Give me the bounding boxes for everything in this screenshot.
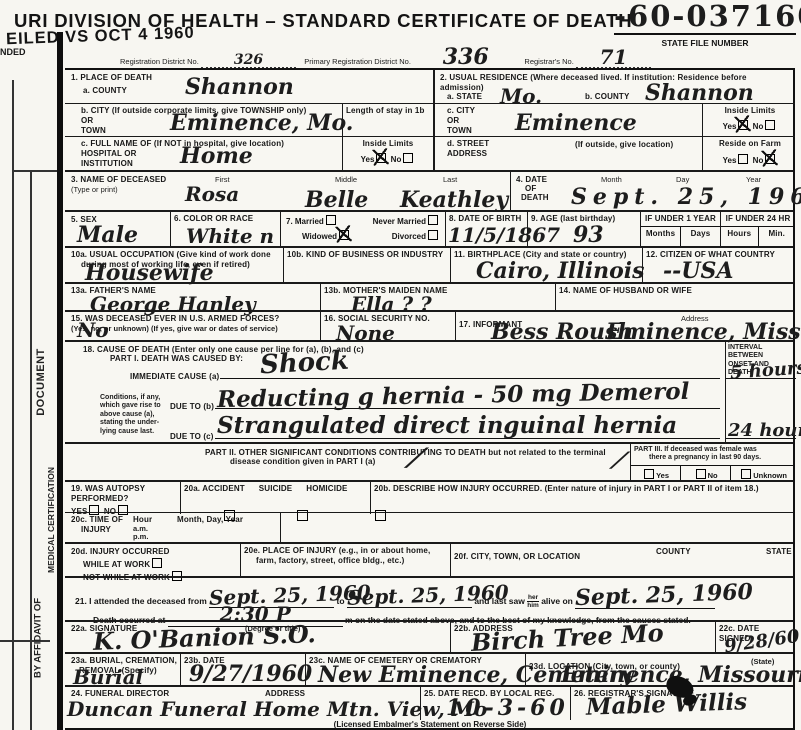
conditions-note-line: lying cause last. [100,428,170,436]
primary-registration-label: Primary Registration District No. [304,57,411,66]
amended-fragment: NDED [0,47,26,58]
row-autopsy-injury: 19. WAS AUTOPSY PERFORMED? YES NO 20a. A… [65,480,793,512]
day-label: Day [676,175,689,184]
autopsy-heading-1: 19. WAS AUTOPSY [71,484,145,494]
inside-limits-yes-checkbox [376,153,386,163]
residence-city-label: c. CITY [447,106,475,116]
row-time-of-injury: 20c. TIME OF INJURY Hour a.m. p.m. Month… [65,512,793,542]
no-label: No [753,122,764,131]
burial-date-value: 9/27/1960 [189,663,312,685]
inside-limits-cell-2: Inside Limits Yes No [702,104,797,137]
residence-or-label: OR [447,116,475,126]
never-married-label: Never Married [373,217,426,226]
hospital-row: c. FULL NAME OF (If NOT in hospital, giv… [65,136,433,170]
street-label: d. STREET [447,139,489,149]
interval-c-line [726,438,796,439]
citizen-value: --USA [663,260,733,282]
row-armed-forces: 15. WAS DECEASED EVER IN U.S. ARMED FORC… [65,310,793,340]
county-label: a. COUNTY [83,86,152,96]
row-sex-race-age: 5. SEX Male 6. COLOR OR RACE White n 7. … [65,210,793,246]
race-value: White n [186,226,274,246]
her-label: her [527,594,539,601]
interval-a-value: 5 hours [729,359,801,382]
address-label: ADDRESS [447,149,489,159]
margin-label-by-affidavit: BY AFFIDAVIT OF [33,598,44,678]
under-1-year-heading: IF UNDER 1 YEAR [641,212,720,224]
accident-label: 20a. ACCIDENT [184,484,245,494]
immediate-cause-value: Shock [259,348,349,379]
cemetery-location-cell: 23d. LOCATION (City, town, or county) (S… [525,654,795,687]
registrar-signature-cell: 26. REGISTRAR'S SIGNATURE Mable Willis [570,687,795,720]
date-received-value: 10-3-60 [446,697,569,719]
row-attended-statement: 21. I attended the deceased from Sept. 2… [65,576,793,620]
row-injury-place: 20d. INJURY OCCURRED WHILE AT WORK NOT W… [65,542,793,576]
attended-to-field: Sept. 25, 1960 [347,587,472,608]
due-to-c-label: DUE TO (c) [170,432,214,442]
hours-label: Hours [721,227,759,246]
injury-occurred-heading: 20d. INJURY OCCURRED [71,547,184,557]
inside-limits-label-1: Inside Limits [346,139,430,149]
primary-registration-value: 336 [413,46,518,70]
homicide-label: HOMICIDE [306,484,347,494]
mother-cell: 13b. MOTHER'S MAIDEN NAME Ella ? ? [320,284,555,312]
due-to-b-value: Reducting g hernia - 50 mg Demerol [217,380,690,411]
name-sub: (Type or print) [71,185,166,194]
place-of-death-section: 1. PLACE OF DEATH a. COUNTY [71,73,152,96]
married-checkbox [326,215,336,225]
date-of-death-h3: DEATH [521,193,549,203]
farm-no-checkbox [765,154,775,164]
time-of-injury-heading-1: 20c. TIME OF [71,515,123,525]
margin-hline-top [12,170,57,172]
under-1-year-cols: Months Days [641,226,720,246]
ssn-cell: 16. SOCIAL SECURITY NO. None [320,312,455,342]
middle-name-value: Belle [305,189,368,211]
pregnancy-yes-label: Yes [656,471,669,480]
conditions-note-line: stating the under- [100,419,170,427]
widowed-checkbox [339,230,349,240]
pregnancy-no-checkbox [696,469,706,479]
part3-heading-2: there a pregnancy in last 90 days. [631,454,795,462]
residence-city-row: c. CITY OR TOWN Eminence Inside Limits Y… [435,103,795,136]
physician-signature-value: K. O'Banion S.O. [93,622,316,654]
county-value: Shannon [185,76,294,98]
burial-value: Burial [73,667,143,687]
under-24-hr-cell: IF UNDER 24 HR Hours Min. [720,212,795,248]
injury-county-label: COUNTY [656,547,691,557]
margin-line-inner [30,170,32,730]
cemetery-cell: 23c. NAME OF CEMETERY OR CREMATORY New E… [305,654,525,687]
embalmer-note: (Licensed Embalmer's Statement on Revers… [65,718,795,729]
marital-line-1: 7. Married Never Married [284,214,442,227]
informant-cell: 17. INFORMANT Address Bess Roush Eminenc… [455,312,795,342]
length-of-stay-cell: Length of stay in 1b [342,104,433,137]
race-cell: 6. COLOR OR RACE White n [170,212,280,248]
spouse-heading: 14. NAME OF HUSBAND OR WIFE [559,286,792,296]
marital-status-cell: 7. Married Never Married Widowed Divorce… [280,212,445,248]
farm-yes-checkbox [738,154,748,164]
citizen-cell: 12. CITIZEN OF WHAT COUNTRY --USA [642,248,795,284]
suicide-label: SUICIDE [259,484,293,494]
time-of-injury-heading-2: INJURY [81,525,123,535]
days-label: Days [681,227,720,246]
reside-on-farm-cell: Reside on Farm Yes No [702,137,797,171]
pregnancy-unknown-label: Unknown [753,471,787,480]
residence-city-value: Eminence [515,112,637,134]
injury-location-heading: 20f. CITY, TOWN, OR LOCATION [454,552,580,562]
pregnancy-unknown-checkbox [741,469,751,479]
inside-limits-no-checkbox [403,153,413,163]
registrar-no-label: Registrar's No. [524,57,573,66]
name-of-deceased-labels: 3. NAME OF DECEASED (Type or print) [71,175,166,194]
state-file-number-block: -60-037160 STATE FILE NUMBER [614,2,796,48]
conditions-note-line: which gave rise to [100,402,170,410]
pregnancy-no-label: No [708,471,718,480]
reside-on-farm-label: Reside on Farm [706,139,794,149]
row-occupation: 10a. USUAL OCCUPATION (Give kind of work… [65,246,793,282]
months-label: Months [641,227,681,246]
injury-location-cell: 20f. CITY, TOWN, OR LOCATION COUNTY STAT… [450,544,795,578]
registration-district-value: 326 [201,53,296,69]
registrar-signature-value: Mable Willis [586,690,748,719]
registrar-no-value: 71 [576,47,651,69]
sex-value: Male [77,224,138,246]
attended-text-1: 21. I attended the deceased from [75,596,207,606]
part2-pen-stroke-2: ⟋ [610,450,625,472]
place-of-injury-heading-1: 20e. PLACE OF INJURY (e.g., in or about … [244,546,447,556]
date-of-death-cell: 4. DATE OF DEATH Month Day Year Sept. 25… [510,172,795,212]
injury-state-label: STATE [766,547,792,557]
widowed-label: Widowed [302,232,337,241]
autopsy-heading-2: PERFORMED? [71,494,145,504]
manner-labels: 20a. ACCIDENT SUICIDE HOMICIDE [184,484,367,494]
birthplace-value: Cairo, Illinois [476,260,644,282]
never-married-checkbox [428,215,438,225]
interval-column: INTERVAL BETWEEN ONSET AND DEATH 5 hours… [725,342,795,444]
last-name-value: Keathley [400,189,508,211]
row-parents: 13a. FATHER'S NAME George Hanley 13b. MO… [65,282,793,310]
divorced-label: Divorced [392,232,426,241]
divorced-checkbox [428,230,438,240]
no-label: No [391,155,402,164]
month-label: Month [601,175,622,184]
residence-town-label: TOWN [447,126,475,136]
armed-forces-value: No [77,320,109,340]
residence-county-label: b. COUNTY [585,92,629,102]
mdy-label: Month, Day, Year [177,515,243,525]
immediate-cause-label: IMMEDIATE CAUSE (a) [130,372,219,382]
row-funeral-director: 24. FUNERAL DIRECTOR ADDRESS Duncan Fune… [65,685,793,718]
due-to-c-value: Strangulated direct inguinal hernia [217,414,677,437]
date-of-death-value: Sept. 25, 1960 [571,186,801,208]
burial-date-cell: 23b. DATE 9/27/1960 [180,654,305,687]
usual-residence-block: 2. USUAL RESIDENCE (Where deceased lived… [433,70,795,170]
place-of-death-block: 1. PLACE OF DEATH a. COUNTY Shannon b. C… [65,70,433,170]
date-received-cell: 25. DATE RECD. BY LOCAL REG. 10-3-60 [420,687,570,720]
inside-limits-label-2: Inside Limits [706,106,794,116]
street-note: (If outside, give location) [575,140,673,150]
row-name-date: 3. NAME OF DECEASED (Type or print) Firs… [65,170,793,210]
inside-limits-cell-1: Inside Limits Yes No [342,137,433,171]
street-address-labels: d. STREET ADDRESS [447,139,489,159]
industry-heading: 10b. KIND OF BUSINESS OR INDUSTRY [287,250,447,260]
first-name-value: Rosa [185,184,239,204]
residence-county-value: Shannon [645,82,754,104]
inside-limits-options-1: Yes No [346,153,430,164]
reside-on-farm-options: Yes No [706,154,794,165]
attended-text-4: alive on [541,596,573,606]
certificate-form: 1. PLACE OF DEATH a. COUNTY Shannon b. C… [65,68,795,730]
physician-address-value: Birch Tree Mo [471,621,665,655]
while-at-work: WHILE AT WORK [83,558,184,570]
conditions-note-line: above cause (a), [100,411,170,419]
occupation-value: Housewife [85,262,214,284]
describe-injury-cell: 20b. DESCRIBE HOW INJURY OCCURRED. (Ente… [370,482,795,514]
residence-inside-limits-yes-checkbox [738,120,748,130]
residence-state-label: a. STATE [447,92,482,102]
while-at-work-label: WHILE AT WORK [83,560,150,569]
yes-label: Yes [723,156,737,165]
margin-line-outer [12,80,14,730]
year-label: Year [746,175,761,184]
occupation-heading-1: 10a. USUAL OCCUPATION (Give kind of work… [71,250,271,260]
dob-cell: 8. DATE OF BIRTH 11/5/1867 [445,212,527,248]
part2-heading-2: disease condition given in PART I (a) [230,457,375,467]
time-of-injury-labels: 20c. TIME OF INJURY [71,515,123,535]
row-physician-signature: 22a. SIGNATURE (Degree or title) K. O'Ba… [65,620,793,652]
marital-line-2: Widowed Divorced [284,227,442,241]
min-label: Min. [759,227,796,246]
physician-address-cell: 22b. ADDRESS Birch Tree Mo [450,622,715,654]
margin-label-medical-certification: MEDICAL CERTIFICATION [46,467,56,573]
married-label: 7. Married [286,217,324,226]
manner-cell: 20a. ACCIDENT SUICIDE HOMICIDE [180,482,370,514]
residence-city-labels: c. CITY OR TOWN [447,106,475,136]
interval-a-line [726,378,796,379]
length-of-stay-label: Length of stay in 1b [346,106,430,116]
residence-inside-limits-no-checkbox [765,120,775,130]
row-place-residence: 1. PLACE OF DEATH a. COUNTY Shannon b. C… [65,70,795,170]
spouse-cell: 14. NAME OF HUSBAND OR WIFE [555,284,795,312]
under-24-hr-heading: IF UNDER 24 HR [721,212,795,224]
death-certificate-scan: URI DIVISION OF HEALTH – STANDARD CERTIF… [0,0,801,730]
conditions-note: Conditions, if any, which gave rise to a… [100,394,170,436]
under-24-hr-cols: Hours Min. [721,226,795,246]
margin-label-document: DOCUMENT [35,348,47,416]
hospital-value: Home [180,145,253,167]
street-address-row: d. STREET ADDRESS (If outside, give loca… [435,136,795,170]
pm-label: p.m. [133,532,148,541]
left-black-bar [57,32,63,730]
place-of-injury-cell: 20e. PLACE OF INJURY (e.g., in or about … [240,544,450,578]
date-signed-cell: 22c. DATE SIGNED 9/28/60 [715,622,795,654]
while-at-work-checkbox [152,558,162,568]
state-file-number-value: -60-037160 [614,2,796,31]
part1-heading: PART I. DEATH WAS CAUSED BY: [110,354,243,364]
part3-cell: PART III. If deceased was female was the… [630,444,795,482]
race-heading: 6. COLOR OR RACE [174,214,277,224]
birthplace-cell: 11. BIRTHPLACE (City and state or countr… [450,248,642,284]
part3-heading-1: PART III. If deceased was female was [631,444,795,454]
registration-district-label: Registration District No. [120,57,199,66]
city-value: Eminence, Mo. [170,112,353,134]
pregnancy-yes-checkbox [644,469,654,479]
due-to-b-label: DUE TO (b) [170,402,214,412]
under-1-year-cell: IF UNDER 1 YEAR Months Days [640,212,720,248]
middle-label: Middle [335,175,357,184]
industry-cell: 10b. KIND OF BUSINESS OR INDUSTRY [283,248,450,284]
time-of-injury-blank-cell [280,513,795,543]
inside-limits-options-2: Yes No [706,120,794,131]
age-cell: 9. AGE (last birthday) 93 [527,212,640,248]
registration-line: Registration District No. 326 Primary Re… [120,46,651,70]
last-label: Last [443,175,457,184]
part2-pen-stroke: ⟋ [405,446,423,472]
conditions-note-line: Conditions, if any, [100,394,170,402]
row-part2-part3: PART II. OTHER SIGNIFICANT CONDITIONS CO… [65,442,793,480]
city-town-row: b. CITY (If outside corporate limits, gi… [65,103,433,136]
describe-injury-heading: 20b. DESCRIBE HOW INJURY OCCURRED. (Ente… [374,484,792,494]
row-cause-of-death: 18. CAUSE OF DEATH (Enter only one cause… [65,340,793,442]
place-of-injury-heading-2: farm, factory, street, office bldg., etc… [256,556,447,566]
age-value: 93 [573,224,604,246]
name-heading: 3. NAME OF DECEASED [71,175,166,185]
place-of-death-heading: 1. PLACE OF DEATH [71,73,152,83]
